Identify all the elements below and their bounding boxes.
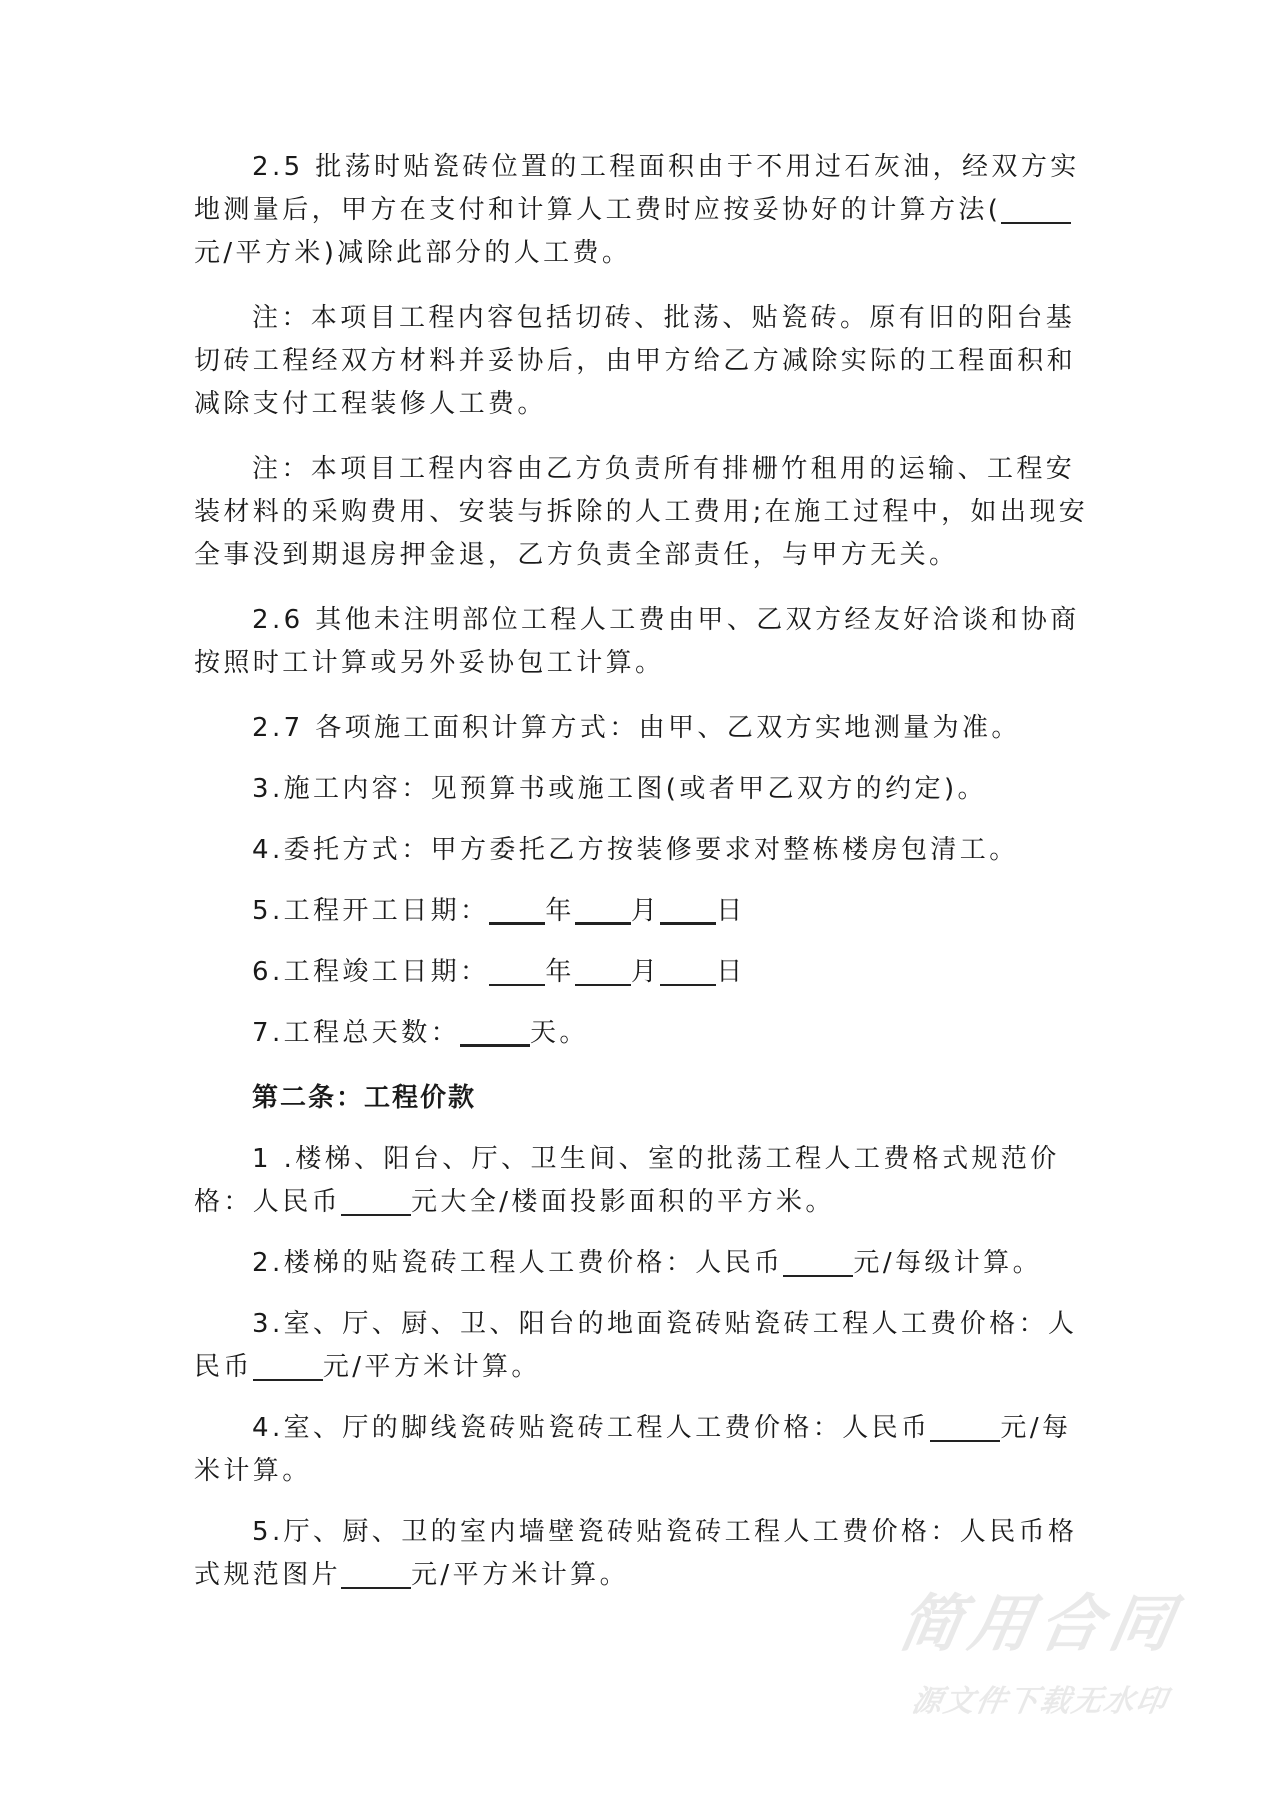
month-label: 月	[631, 957, 660, 987]
price-item-unit: 元/平方米计算。	[323, 1352, 541, 1382]
note-paragraph-2: 注：本项目工程内容由乙方负责所有排栅竹租用的运输、工程安装材料的采购费用、安装与…	[194, 448, 1094, 577]
day-blank	[660, 956, 716, 986]
watermark-brand: 简用合同	[874, 1588, 1207, 1660]
note-paragraph-1: 注：本项目工程内容包括切砖、批荡、贴瓷砖。原有旧的阳台基切砖工程经双方材料并妥协…	[194, 297, 1094, 426]
paragraph-text: 元/平方米)减除此部分的人工费。	[194, 238, 631, 268]
paragraph-2-7: 2.7 各项施工面积计算方式：由甲、乙双方实地测量为准。	[194, 707, 1094, 750]
paragraph-2-6: 2.6 其他未注明部位工程人工费由甲、乙双方经友好洽谈和协商按照时工计算或另外妥…	[194, 599, 1094, 685]
price-blank	[253, 1351, 323, 1381]
paragraph-text: 2.5 批荡时贴瓷砖位置的工程面积由于不用过石灰油，经双方实地测量后，甲方在支付…	[194, 152, 1080, 225]
price-item-unit: 元/平方米计算。	[411, 1560, 629, 1590]
days-suffix: 天。	[530, 1018, 589, 1048]
price-blank	[341, 1186, 411, 1216]
section-heading-project-price: 第二条：工程价款	[194, 1077, 1094, 1120]
document-body: 2.5 批荡时贴瓷砖位置的工程面积由于不用过石灰油，经双方实地测量后，甲方在支付…	[194, 146, 1094, 1597]
paragraph-5-start-date: 5.工程开工日期：年月日	[194, 890, 1094, 933]
document-page: 2.5 批荡时贴瓷砖位置的工程面积由于不用过石灰油，经双方实地测量后，甲方在支付…	[0, 0, 1280, 1810]
price-item-3: 3.室、厅、厨、卫、阳台的地面瓷砖贴瓷砖工程人工费价格：人民币元/平方米计算。	[194, 1303, 1094, 1389]
month-blank	[575, 956, 631, 986]
price-item-2: 2.楼梯的贴瓷砖工程人工费价格：人民币元/每级计算。	[194, 1242, 1094, 1285]
day-label: 日	[716, 957, 745, 987]
paragraph-7-total-days: 7.工程总天数：天。	[194, 1012, 1094, 1055]
month-blank	[575, 894, 631, 925]
paragraph-3-construction-content: 3.施工内容：见预算书或施工图(或者甲乙双方的约定)。	[194, 768, 1094, 811]
year-label: 年	[545, 957, 574, 987]
price-item-unit: 元/每级计算。	[853, 1248, 1042, 1278]
price-blank	[783, 1247, 853, 1277]
completion-date-label: 6.工程竣工日期：	[252, 957, 489, 987]
days-blank	[460, 1016, 530, 1047]
year-blank	[489, 956, 545, 986]
price-item-4: 4.室、厅的脚线瓷砖贴瓷砖工程人工费价格：人民币元/每米计算。	[194, 1407, 1094, 1493]
total-days-label: 7.工程总天数：	[252, 1018, 460, 1048]
price-item-text: 5.厅、厨、卫的室内墙壁瓷砖贴瓷砖工程人工费价格：人民币格式规范图片	[194, 1517, 1077, 1590]
fill-in-blank	[1001, 194, 1071, 224]
price-item-unit: 元大全/楼面投影面积的平方米。	[411, 1187, 835, 1217]
watermark-tagline: 源文件下载无水印	[877, 1684, 1203, 1720]
paragraph-2-5: 2.5 批荡时贴瓷砖位置的工程面积由于不用过石灰油，经双方实地测量后，甲方在支付…	[194, 146, 1094, 275]
price-item-1: 1 .楼梯、阳台、厅、卫生间、室的批荡工程人工费格式规范价格：人民币元大全/楼面…	[194, 1138, 1094, 1224]
paragraph-6-completion-date: 6.工程竣工日期：年月日	[194, 951, 1094, 994]
watermark: 简用合同 源文件下载无水印	[880, 1588, 1200, 1720]
month-label: 月	[631, 896, 660, 926]
paragraph-4-commission-method: 4.委托方式：甲方委托乙方按装修要求对整栋楼房包清工。	[194, 829, 1094, 872]
year-label: 年	[545, 896, 574, 926]
day-label: 日	[716, 896, 745, 926]
price-item-text: 4.室、厅的脚线瓷砖贴瓷砖工程人工费价格：人民币	[252, 1413, 930, 1443]
price-blank	[341, 1559, 411, 1589]
day-blank	[660, 894, 716, 925]
price-item-5: 5.厅、厨、卫的室内墙壁瓷砖贴瓷砖工程人工费价格：人民币格式规范图片元/平方米计…	[194, 1511, 1094, 1597]
price-blank	[930, 1412, 1000, 1442]
year-blank	[489, 894, 545, 925]
price-item-text: 2.楼梯的贴瓷砖工程人工费价格：人民币	[252, 1248, 783, 1278]
start-date-label: 5.工程开工日期：	[252, 896, 489, 926]
